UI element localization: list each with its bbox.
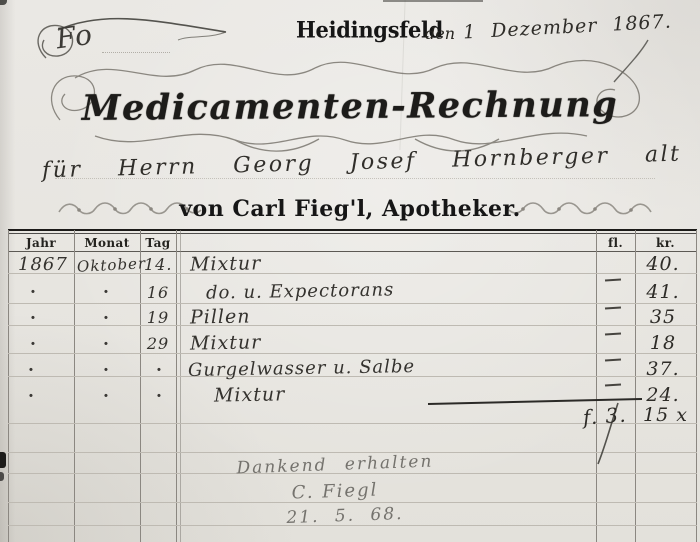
cell-fl xyxy=(605,266,621,285)
ruled-line xyxy=(8,325,697,326)
cell-kr: 37. xyxy=(635,358,691,380)
table-vline xyxy=(180,230,181,542)
cell-kr: 18 xyxy=(635,332,691,354)
col-header-kr: kr. xyxy=(635,236,696,250)
cell-kr: 41. xyxy=(635,281,691,303)
cell-item: Mixtur xyxy=(190,252,262,275)
table-vline xyxy=(696,230,697,542)
scan-artifact xyxy=(0,472,4,481)
scan-artifact xyxy=(383,0,483,2)
document-title: Medicamenten-Rechnung xyxy=(0,84,700,130)
ruled-line xyxy=(8,303,697,304)
table-top-rule-2 xyxy=(8,233,697,234)
cell-item: Mixtur xyxy=(214,383,286,406)
cell-monat: . xyxy=(103,278,109,298)
cell-monat: . xyxy=(103,304,109,324)
col-header-fl: fl. xyxy=(596,236,635,250)
table-vline xyxy=(140,230,141,542)
dotted-rule xyxy=(55,178,655,179)
cell-tag: . xyxy=(156,382,162,402)
cell-kr: 35 xyxy=(635,306,691,328)
total-fl: f. 3. xyxy=(582,403,627,430)
cell-tag: 14. xyxy=(144,255,172,274)
cell-monat: Oktober xyxy=(77,254,147,276)
place-name: Heidingsfeld xyxy=(296,16,443,43)
cell-jahr: . xyxy=(30,330,36,350)
total-kr: 15 x xyxy=(643,404,688,426)
cell-fl xyxy=(605,346,621,365)
cell-monat: . xyxy=(103,382,109,402)
table-vline xyxy=(74,230,75,542)
invoice-document: Fo Heidingsfeld den 1 Dezember 1867. Med… xyxy=(0,0,700,542)
scan-artifact xyxy=(0,452,6,468)
cell-tag: 29 xyxy=(144,334,172,353)
cell-jahr: . xyxy=(30,278,36,298)
cell-monat: . xyxy=(103,330,109,350)
cell-tag: . xyxy=(156,356,162,376)
receipt-note: Dankend erhalten xyxy=(230,451,441,478)
cell-jahr: . xyxy=(30,304,36,324)
cell-jahr: . xyxy=(28,382,34,402)
ruled-line xyxy=(8,502,697,503)
corner-mark: Fo xyxy=(54,18,95,56)
cell-tag: 16 xyxy=(144,283,172,302)
scan-artifact xyxy=(0,0,7,5)
cell-item: Gurgelwasser u. Salbe xyxy=(188,356,415,381)
table-vline xyxy=(176,230,177,542)
cell-jahr: 1867 xyxy=(18,254,68,275)
ruled-line xyxy=(8,353,697,354)
table-vline xyxy=(596,230,597,542)
cell-kr: 40. xyxy=(635,253,691,275)
cell-item: Pillen xyxy=(190,305,251,328)
cell-item: Mixtur xyxy=(190,331,262,354)
cell-fl xyxy=(605,294,621,313)
cell-fl xyxy=(605,320,621,339)
table-top-rule xyxy=(8,229,697,231)
dotted-rule xyxy=(102,52,170,53)
issuer-line: von Carl Fieg'l, Apotheker. xyxy=(0,196,700,222)
cell-tag: 19 xyxy=(144,308,172,327)
receipt-signature: C. Fiegl xyxy=(255,478,416,505)
cell-fl xyxy=(605,371,621,390)
date-prefix: den xyxy=(425,24,455,43)
table-header-bottom-rule xyxy=(8,251,697,252)
cell-item: do. u. Expectorans xyxy=(206,279,395,303)
col-header-monat: Monat xyxy=(74,236,140,250)
cell-jahr: . xyxy=(28,356,34,376)
col-header-tag: Tag xyxy=(140,236,176,250)
table-vline xyxy=(8,230,9,542)
date-handwritten: 1 Dezember 1867. xyxy=(463,11,673,44)
cell-monat: . xyxy=(103,356,109,376)
col-header-jahr: Jahr xyxy=(8,236,74,250)
